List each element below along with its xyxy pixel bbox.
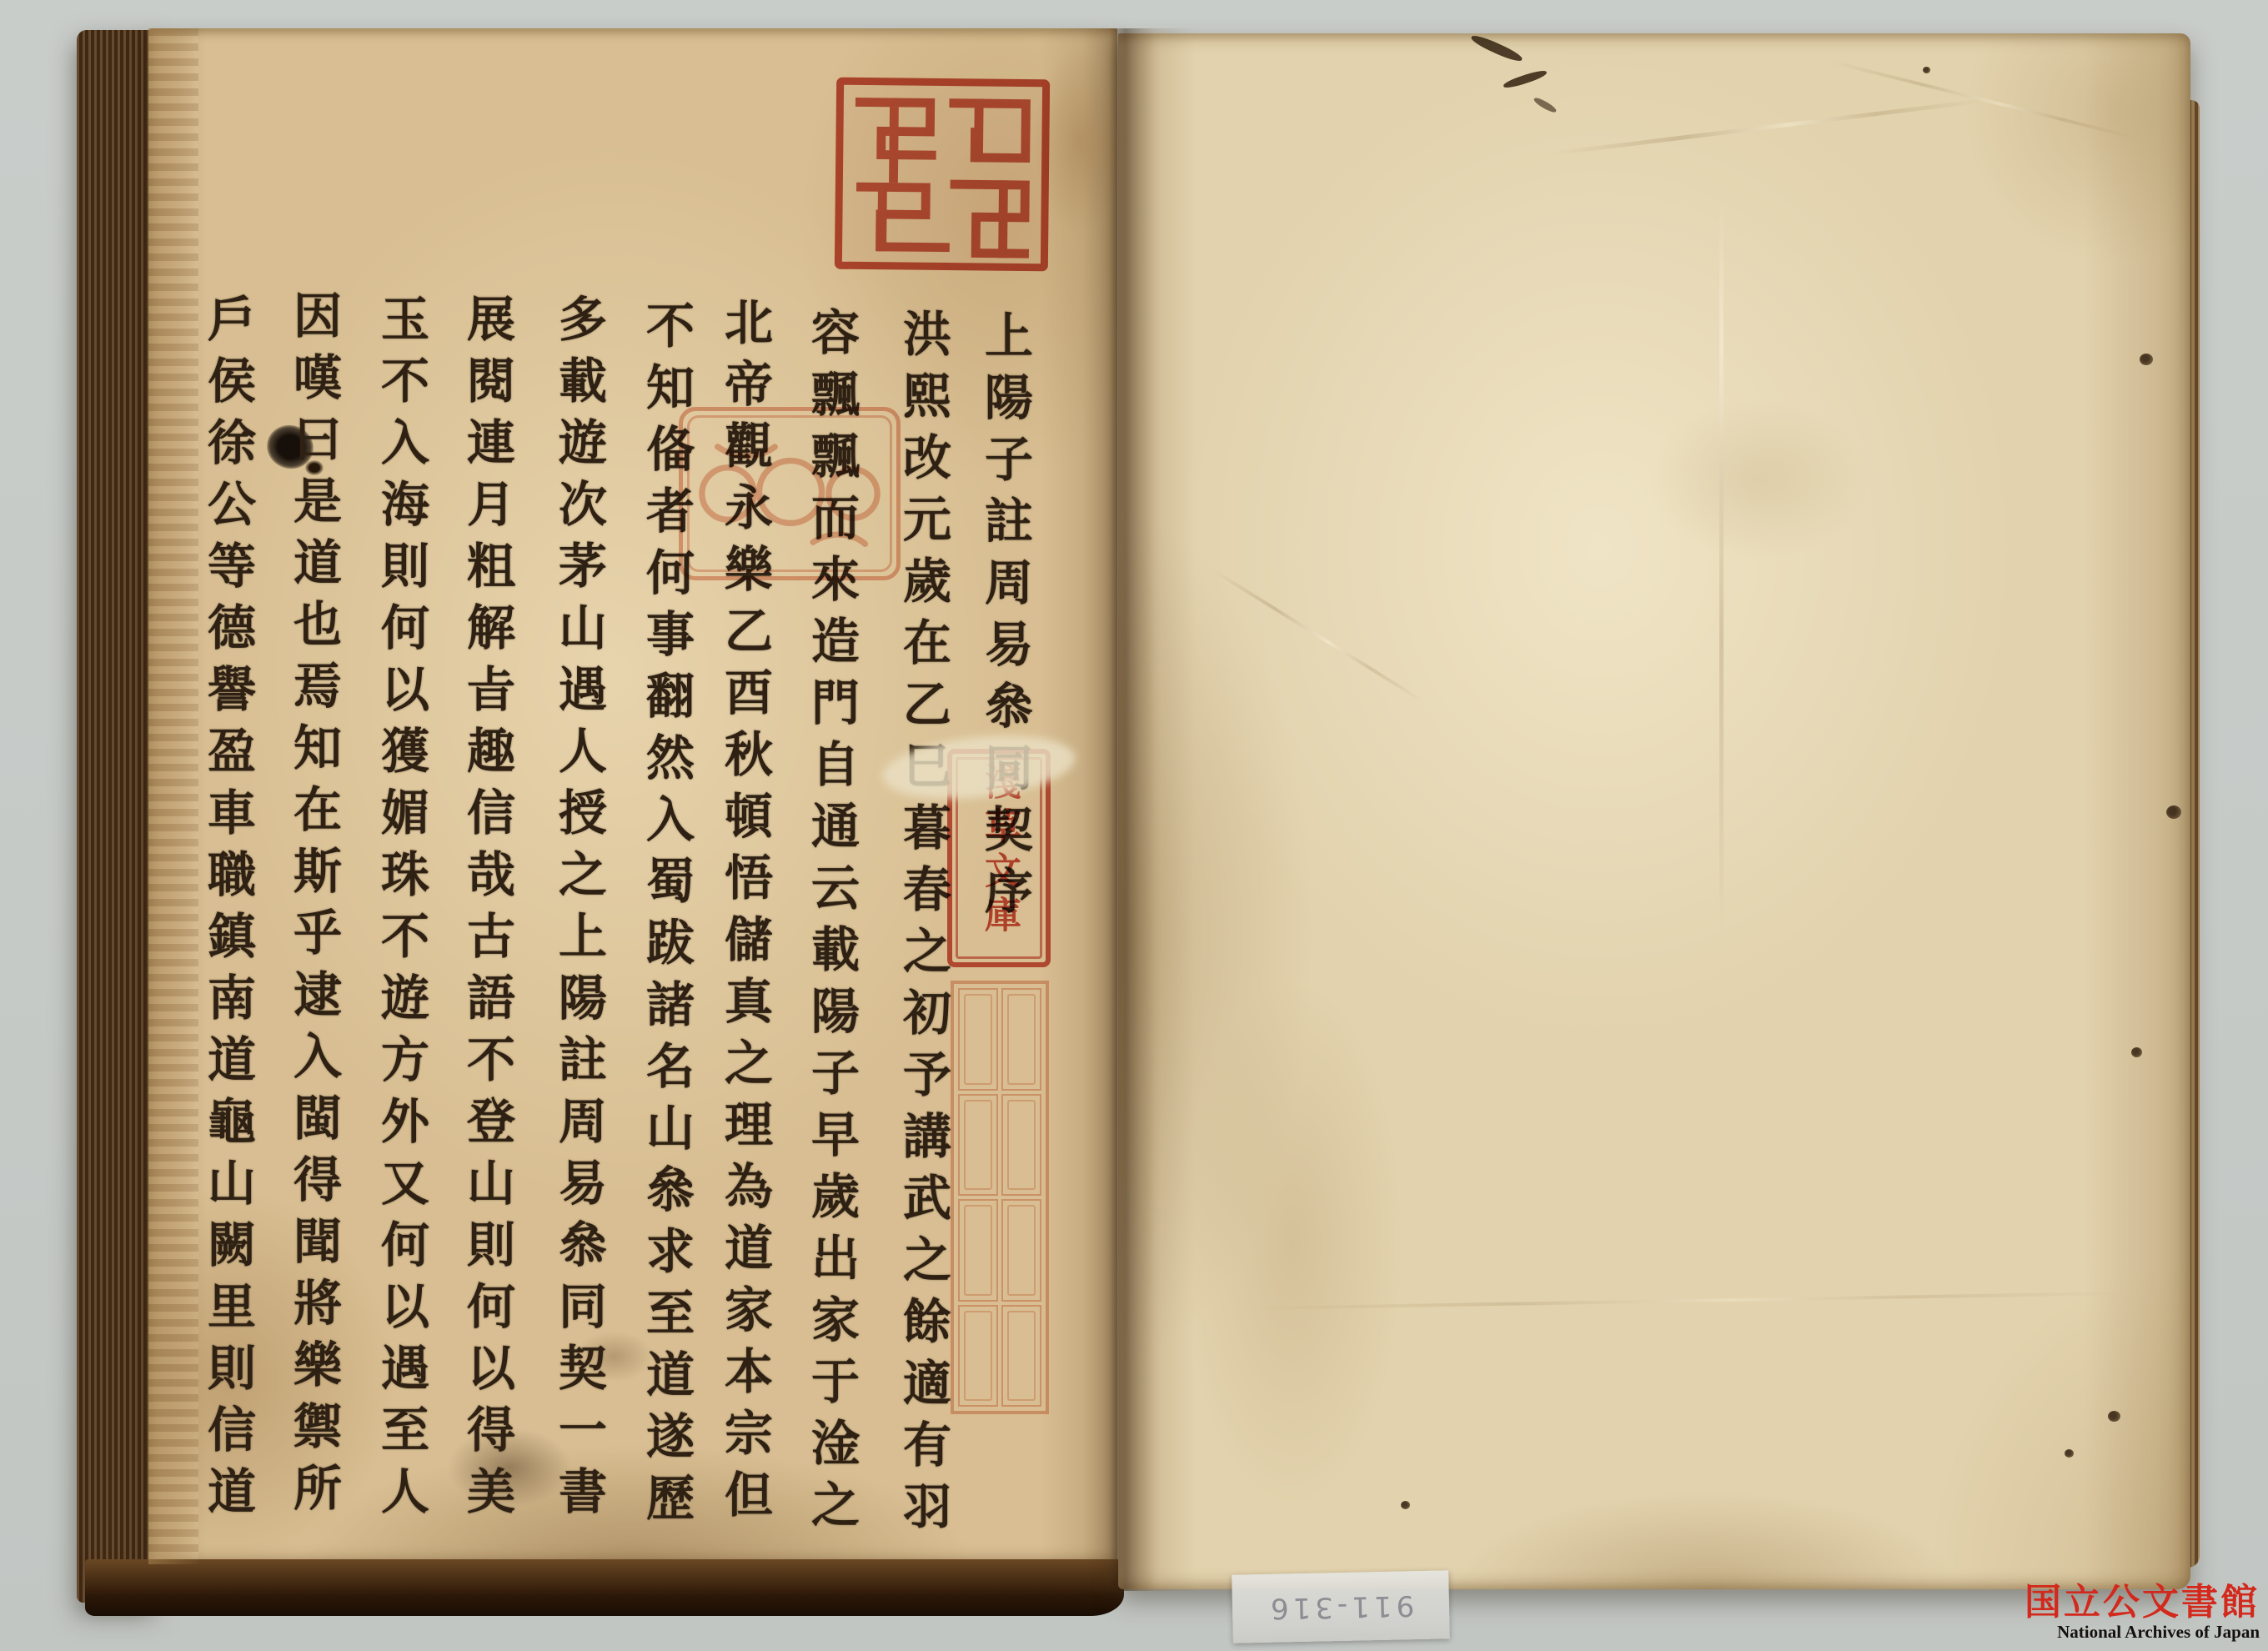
text-column-7: 展閱連月粗解㫖趣信哉古語不登山則何以得美	[463, 294, 511, 1528]
manuscript-photo: 上陽子註周易叅同契序洪熙改元歲在乙巳暮春之初予講武之餘適有羽容飄飄而來造門自通云…	[0, 0, 2268, 1651]
seal-cell	[1001, 1199, 1041, 1302]
left-page-worn-margin	[148, 28, 198, 1564]
wormhole	[1923, 67, 1930, 73]
seal-cell	[958, 1094, 998, 1197]
wormhole	[2140, 354, 2153, 365]
seal-cell	[958, 1305, 998, 1408]
text-column-10: 戶侯徐公等德譽盈車職鎮南道龜山闕里則信道	[203, 294, 252, 1528]
collector-seal-square	[835, 78, 1050, 272]
archive-name-english: National Archives of Japan	[2025, 1623, 2260, 1641]
seal-script-pattern	[683, 411, 896, 576]
text-column-2: 洪熙改元歲在乙巳暮春之初予講武之餘適有羽	[899, 309, 947, 1543]
call-number-text: 911-316	[1267, 1588, 1415, 1625]
seal-cell	[1001, 1094, 1041, 1197]
stain	[1184, 984, 1401, 1501]
seal-script-pattern	[842, 85, 1042, 263]
text-column-9: 因嘆曰是道也焉知在斯乎逮入閩得聞將樂禦所	[289, 290, 338, 1524]
paper-crease	[1719, 200, 1724, 934]
wormhole	[1401, 1501, 1410, 1509]
book-spine-page-edges	[77, 30, 153, 1603]
wormhole	[2131, 1047, 2142, 1057]
seal-cell	[958, 1199, 998, 1302]
wormhole	[2065, 1449, 2074, 1458]
faded-oval-seal	[679, 407, 901, 580]
seal-cell	[1001, 988, 1041, 1091]
archive-name-japanese: 国立公文書館	[2025, 1584, 2260, 1621]
text-column-6: 多載遊次茅山遇人授之上陽註周易叅同契一書	[554, 294, 603, 1528]
archive-watermark: 国立公文書館 National Archives of Japan	[2025, 1584, 2260, 1641]
seal-cell	[1001, 1305, 1041, 1408]
left-page-bottom-edge	[85, 1559, 1124, 1616]
wormhole	[2166, 805, 2181, 819]
wormhole	[2108, 1411, 2120, 1422]
stain	[1651, 400, 1868, 559]
seal-cell	[958, 988, 998, 1091]
compartment-seal	[951, 981, 1049, 1414]
text-column-8: 玉不入海則何以獲媚珠不遊方外又何以遇至人	[377, 294, 425, 1528]
call-number-tag: 911-316	[1232, 1570, 1450, 1643]
